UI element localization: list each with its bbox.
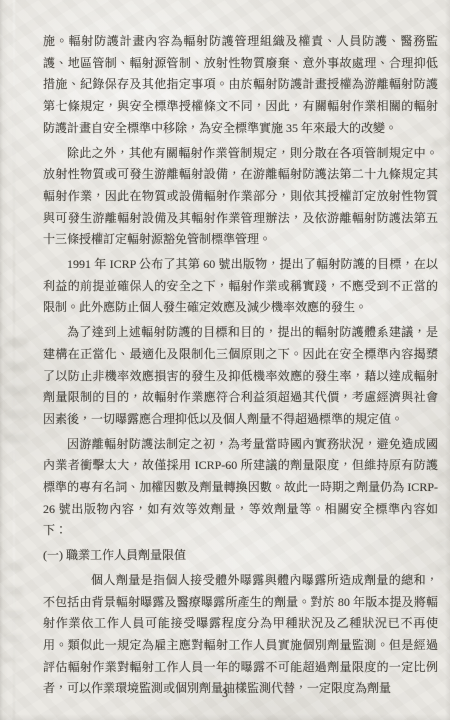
paragraph-control-regulations: 除此之外，其他有關輻射作業管制規定，則分散在各項管制規定中。放射性物質或可發生游…	[43, 143, 438, 252]
bleed-through-artifact	[3, 562, 23, 662]
heading-occupational-dose-limit: (一) 職業工作人員劑量限值	[43, 545, 438, 567]
scanned-page: 施。輻射防護計畫內容為輻射防護管理組織及權責、人員防護、醫務監護、地區管制、輻射…	[0, 0, 450, 720]
bleed-through-artifact	[437, 468, 450, 578]
paragraph-protection-principles: 為了達到上述輻射防護的目標和目的，提出的輻射防護體系建議，是建構在正當化、最適化…	[43, 322, 438, 431]
paper-crease-artifact	[13, 0, 15, 720]
page-number: 3	[0, 688, 450, 700]
paragraph-icrp60-goals: 1991 年 ICRP 公布了其第 60 號出版物，提出了輻射防護的目標，在以利…	[43, 254, 438, 319]
paragraph-domestic-adoption: 因游離輻射防護法制定之初，為考量當時國內實務狀況，避免造成國內業者衝擊太大，故僅…	[43, 434, 438, 543]
paragraph-personal-dose: 個人劑量是指個人接受體外曝露與體內曝露所造成劑量的總和，不包括由背景輻射曝露及醫…	[43, 570, 438, 700]
bleed-through-artifact	[4, 338, 28, 450]
paragraph-continuation: 施。輻射防護計畫內容為輻射防護管理組織及權責、人員防護、醫務監護、地區管制、輻射…	[43, 31, 438, 140]
text-column: 施。輻射防護計畫內容為輻射防護管理組織及權責、人員防護、醫務監護、地區管制、輻射…	[43, 31, 438, 700]
